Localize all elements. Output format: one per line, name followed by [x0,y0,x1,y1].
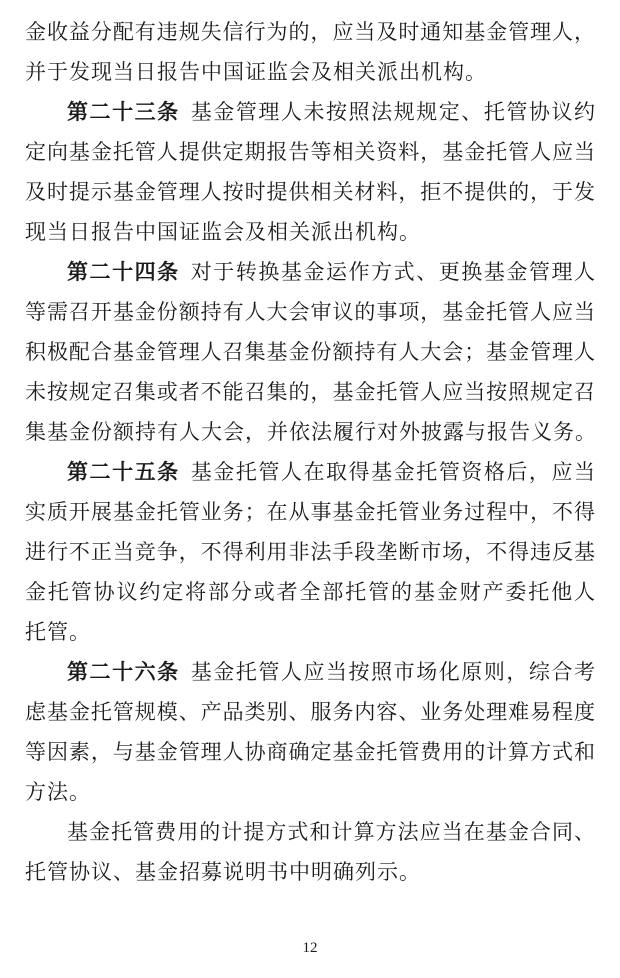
text-line: 定向基金托管人提供定期报告等相关资料，基金托管人应当 [25,132,595,172]
line-text: 现当日报告中国证监会及相关派出机构。 [25,220,421,244]
document-body: 金收益分配有违规失信行为的，应当及时通知基金管理人， 并于发现当日报告中国证监会… [25,12,595,892]
text-line: 等因素，与基金管理人协商确定基金托管费用的计算方式和 [25,732,595,772]
line-text: 虑基金托管规模、产品类别、服务内容、业务处理难易程度 [25,700,595,724]
text-line: 托管。 [25,612,595,652]
line-text: 进行不正当竞争，不得利用非法手段垄断市场，不得违反基 [25,540,595,564]
text-line: 托管协议、基金招募说明书中明确列示。 [25,852,595,892]
line-text: 对于转换基金运作方式、更换基金管理人 [191,260,595,284]
line-text: 等因素，与基金管理人协商确定基金托管费用的计算方式和 [25,740,595,764]
text-line: 实质开展基金托管业务；在从事基金托管业务过程中，不得 [25,492,595,532]
line-text: 金收益分配有违规失信行为的，应当及时通知基金管理人， [25,20,595,44]
line-text: 积极配合基金管理人召集基金份额持有人大会；基金管理人 [25,340,595,364]
line-text: 基金托管费用的计提方式和计算方法应当在基金合同、 [67,820,595,844]
article-number: 第二十三条 [67,100,180,124]
article-number: 第二十五条 [67,460,180,484]
text-line: 并于发现当日报告中国证监会及相关派出机构。 [25,52,595,92]
page-number: 12 [0,938,620,958]
text-line: 未按规定召集或者不能召集的，基金托管人应当按照规定召 [25,372,595,412]
line-text: 托管。 [25,620,91,644]
line-text: 基金托管人在取得基金托管资格后，应当 [191,460,595,484]
text-line: 虑基金托管规模、产品类别、服务内容、业务处理难易程度 [25,692,595,732]
text-line: 第二十五条基金托管人在取得基金托管资格后，应当 [25,452,595,492]
text-line: 第二十六条基金托管人应当按照市场化原则，综合考 [25,652,595,692]
line-text: 并于发现当日报告中国证监会及相关派出机构。 [25,60,487,84]
text-line: 等需召开基金份额持有人大会审议的事项，基金托管人应当 [25,292,595,332]
text-line: 现当日报告中国证监会及相关派出机构。 [25,212,595,252]
text-line: 基金托管费用的计提方式和计算方法应当在基金合同、 [25,812,595,852]
line-text: 未按规定召集或者不能召集的，基金托管人应当按照规定召 [25,380,595,404]
line-text: 基金管理人未按照法规规定、托管协议约 [191,100,595,124]
line-text: 方法。 [25,780,91,804]
line-text: 及时提示基金管理人按时提供相关材料，拒不提供的，于发 [25,180,595,204]
text-line: 金托管协议约定将部分或者全部托管的基金财产委托他人 [25,572,595,612]
article-number: 第二十六条 [67,660,180,684]
text-line: 第二十四条对于转换基金运作方式、更换基金管理人 [25,252,595,292]
line-text: 定向基金托管人提供定期报告等相关资料，基金托管人应当 [25,140,595,164]
text-line: 方法。 [25,772,595,812]
text-line: 及时提示基金管理人按时提供相关材料，拒不提供的，于发 [25,172,595,212]
text-line: 第二十三条基金管理人未按照法规规定、托管协议约 [25,92,595,132]
line-text: 实质开展基金托管业务；在从事基金托管业务过程中，不得 [25,500,595,524]
text-line: 集基金份额持有人大会，并依法履行对外披露与报告义务。 [25,412,595,452]
document-page: 金收益分配有违规失信行为的，应当及时通知基金管理人， 并于发现当日报告中国证监会… [0,0,620,978]
line-text: 等需召开基金份额持有人大会审议的事项，基金托管人应当 [25,300,595,324]
line-text: 集基金份额持有人大会，并依法履行对外披露与报告义务。 [25,420,597,444]
line-text: 托管协议、基金招募说明书中明确列示。 [25,860,421,884]
article-number: 第二十四条 [67,260,180,284]
line-text: 金托管协议约定将部分或者全部托管的基金财产委托他人 [25,580,595,604]
text-line: 进行不正当竞争，不得利用非法手段垄断市场，不得违反基 [25,532,595,572]
line-text: 基金托管人应当按照市场化原则，综合考 [191,660,595,684]
text-line: 积极配合基金管理人召集基金份额持有人大会；基金管理人 [25,332,595,372]
text-line: 金收益分配有违规失信行为的，应当及时通知基金管理人， [25,12,595,52]
